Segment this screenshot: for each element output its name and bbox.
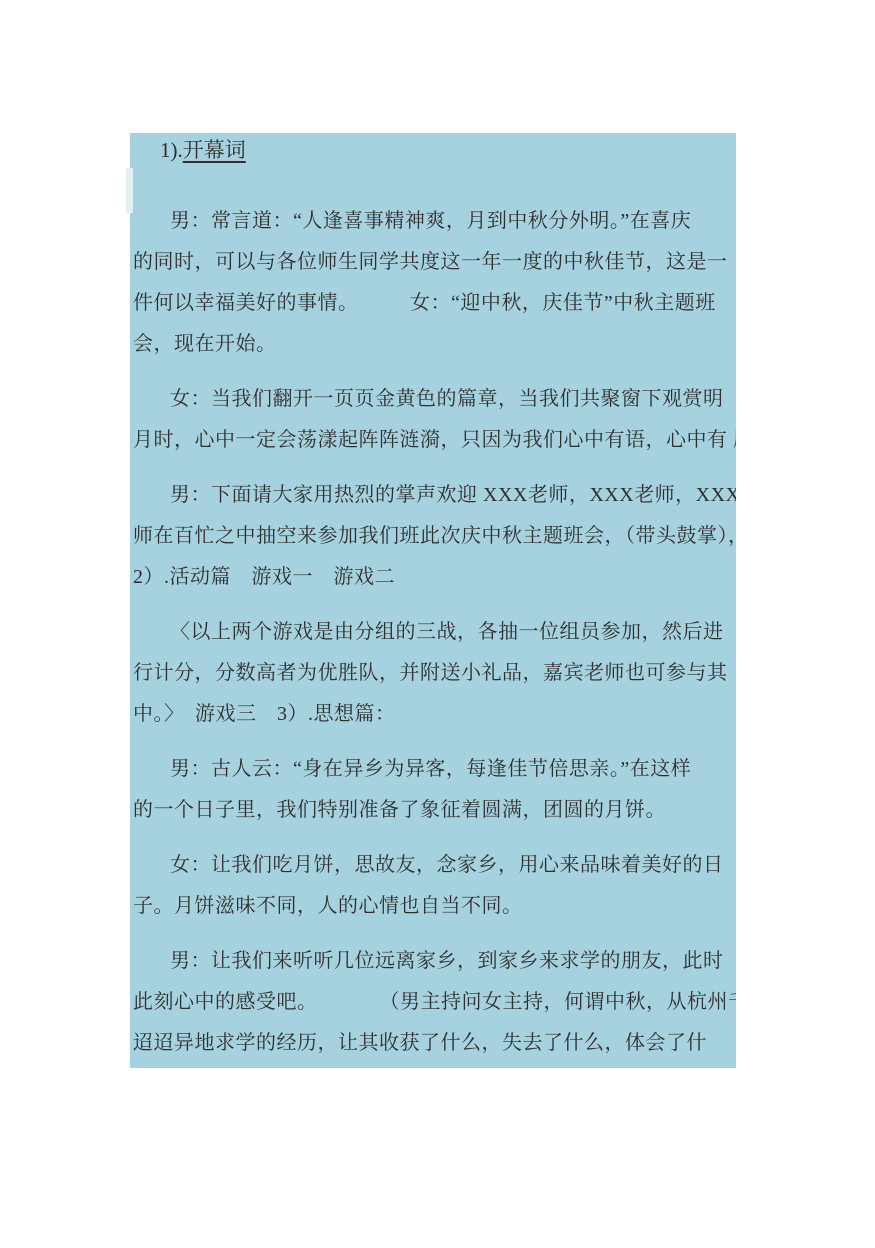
paragraph: 〈以上两个游戏是由分组的三战，各抽一位组员参加，然后进行计分，分数高者为优胜队，… (133, 612, 730, 735)
text-line: 的同时，可以与各位师生同学共度这一年一度的中秋佳节，这是一 (133, 242, 730, 283)
paragraph: 男：让我们来听听几位远离家乡，到家乡来求学的朋友，此时此刻心中的感受吧。 （男主… (133, 941, 730, 1064)
paragraph: 女：让我们吃月饼，思故友，念家乡，用心来品味着美好的日子。月饼滋味不同，人的心情… (133, 845, 730, 927)
paragraph-list: 男：常言道：“人逢喜事精神爽，月到中秋分外明。”在喜庆的同时，可以与各位师生同学… (133, 201, 730, 1064)
text-line: 月时，心中一定会荡漾起阵阵涟漪，只因为我们心中有语，心中有 愿。 (133, 420, 730, 461)
panel-edge-notch (126, 168, 133, 213)
text-line: 件何以幸福美好的事情。 女：“迎中秋，庆佳节”中秋主题班 (133, 283, 730, 324)
text-line: 子。月饼滋味不同，人的心情也自当不同。 (133, 886, 730, 927)
text-line: 〈以上两个游戏是由分组的三战，各抽一位组员参加，然后进 (133, 612, 730, 653)
text-line: 此刻心中的感受吧。 （男主持问女主持，何谓中秋，从杭州千里 (133, 982, 730, 1023)
document-panel: 1).开幕词 男：常言道：“人逢喜事精神爽，月到中秋分外明。”在喜庆的同时，可以… (130, 133, 736, 1068)
section-heading: 1).开幕词 (133, 137, 730, 164)
heading-title: 开幕词 (183, 138, 246, 162)
text-line: 迢迢异地求学的经历，让其收获了什么，失去了什么，体会了什 (133, 1023, 730, 1064)
text-line: 行计分，分数高者为优胜队，并附送小礼品，嘉宾老师也可参与其 (133, 653, 730, 694)
text-line: 女：让我们吃月饼，思故友，念家乡，用心来品味着美好的日 (133, 845, 730, 886)
text-line: 中。〉 游戏三 3）.思想篇： (133, 694, 730, 735)
text-line: 男：下面请大家用热烈的掌声欢迎 XXX老师，XXX老师，XXX老 (133, 475, 730, 516)
text-line: 男：古人云：“身在异乡为异客，每逢佳节倍思亲。”在这样 (133, 749, 730, 790)
text-line: 男：让我们来听听几位远离家乡，到家乡来求学的朋友，此时 (133, 941, 730, 982)
text-line: 师在百忙之中抽空来参加我们班此次庆中秋主题班会，（带头鼓掌）， (133, 516, 730, 557)
paragraph: 男：常言道：“人逢喜事精神爽，月到中秋分外明。”在喜庆的同时，可以与各位师生同学… (133, 201, 730, 365)
text-line: 的一个日子里，我们特别准备了象征着圆满，团圆的月饼。 (133, 790, 730, 831)
text-line: 男：常言道：“人逢喜事精神爽，月到中秋分外明。”在喜庆 (133, 201, 730, 242)
paragraph: 男：古人云：“身在异乡为异客，每逢佳节倍思亲。”在这样的一个日子里，我们特别准备… (133, 749, 730, 831)
text-line: 2）.活动篇 游戏一 游戏二 (133, 557, 730, 598)
text-line: 女：当我们翻开一页页金黄色的篇章，当我们共聚窗下观赏明 (133, 379, 730, 420)
heading-number: 1). (160, 138, 183, 162)
paragraph: 女：当我们翻开一页页金黄色的篇章，当我们共聚窗下观赏明月时，心中一定会荡漾起阵阵… (133, 379, 730, 461)
paragraph: 男：下面请大家用热烈的掌声欢迎 XXX老师，XXX老师，XXX老师在百忙之中抽空… (133, 475, 730, 598)
text-line: 会，现在开始。 (133, 324, 730, 365)
